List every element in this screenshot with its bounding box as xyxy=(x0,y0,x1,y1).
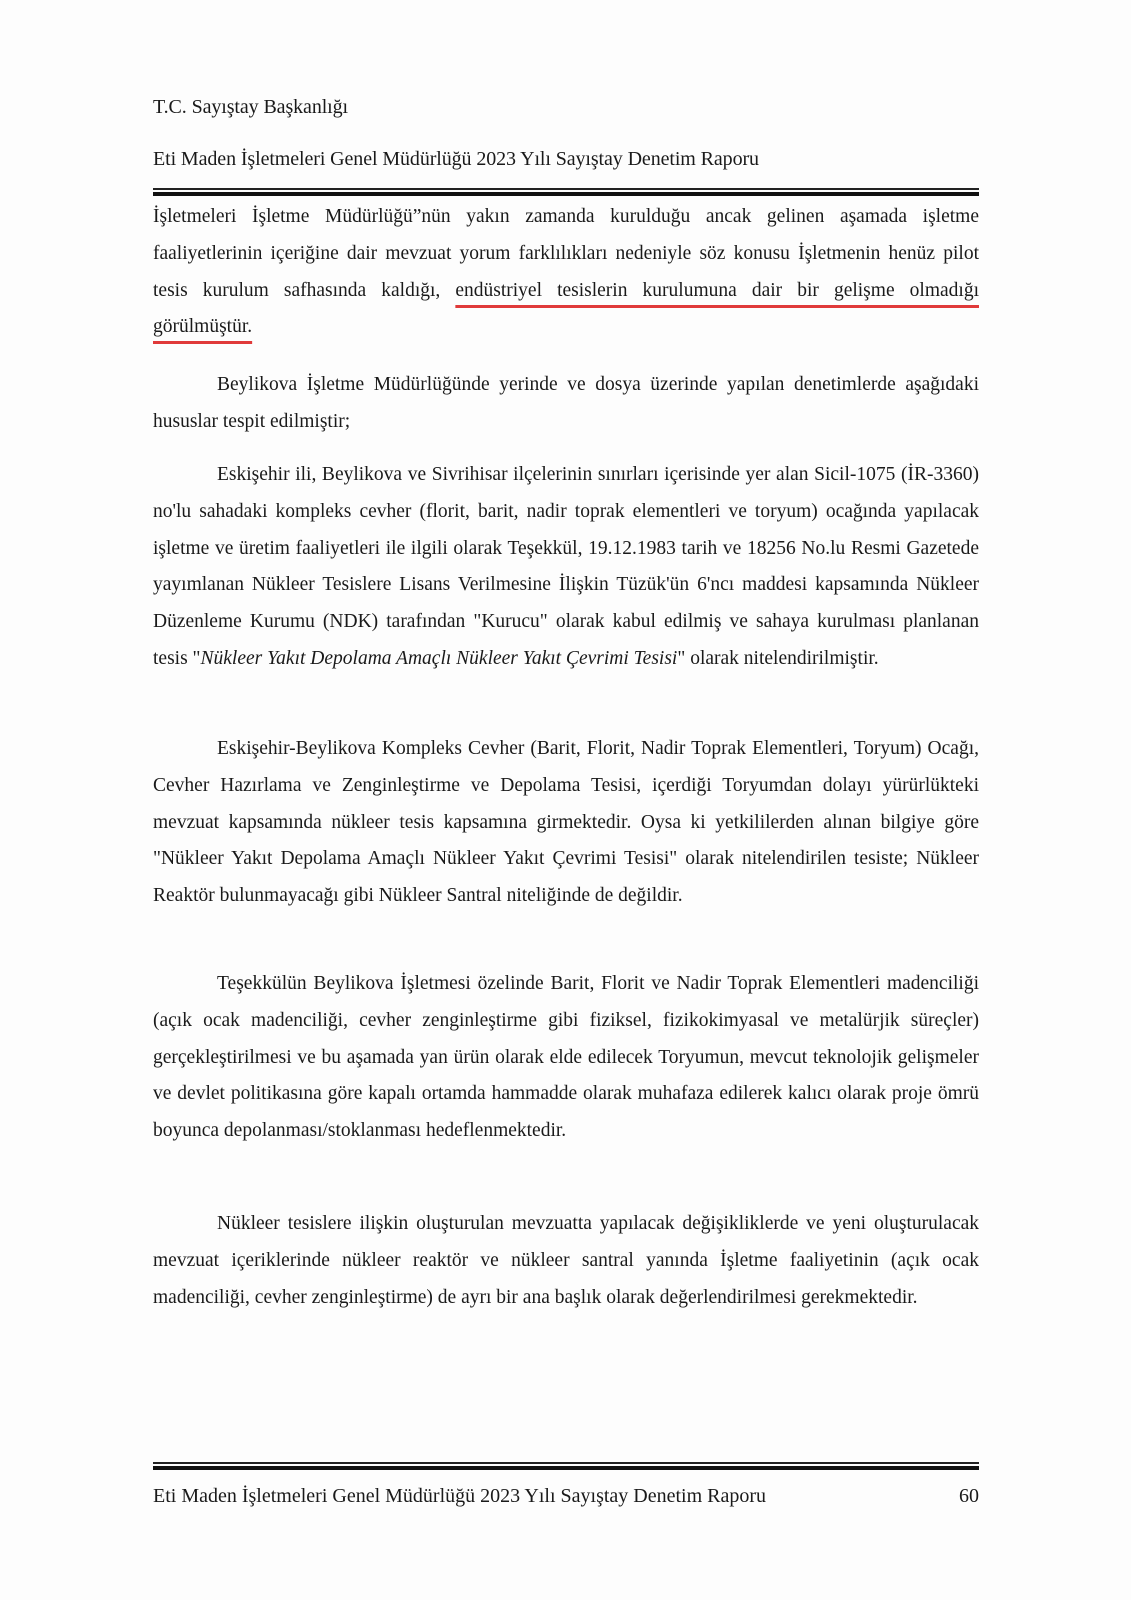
document-page: T.C. Sayıştay Başkanlığı Eti Maden İşlet… xyxy=(0,0,1131,1600)
paragraph-text: Eskişehir-Beylikova Kompleks Cevher (Bar… xyxy=(153,731,979,915)
paragraph-findings-intro: Beylikova İşletme Müdürlüğünde yerinde v… xyxy=(153,367,979,441)
header-report-title: Eti Maden İşletmeleri Genel Müdürlüğü 20… xyxy=(153,148,759,171)
footer-report-title: Eti Maden İşletmeleri Genel Müdürlüğü 20… xyxy=(153,1485,766,1508)
paragraph-site-description: Eskişehir ili, Beylikova ve Sivrihisar i… xyxy=(153,457,979,678)
page-number: 60 xyxy=(949,1485,979,1508)
header-institution: T.C. Sayıştay Başkanlığı xyxy=(153,96,348,119)
paragraph-mining-goals: Teşekkülün Beylikova İşletmesi özelinde … xyxy=(153,966,979,1150)
paragraph-nuclear-scope: Eskişehir-Beylikova Kompleks Cevher (Bar… xyxy=(153,731,979,915)
paragraph-text: Nükleer tesislere ilişkin oluşturulan me… xyxy=(153,1206,979,1316)
paragraph-text: Teşekkülün Beylikova İşletmesi özelinde … xyxy=(153,966,979,1150)
paragraph-recommendation: Nükleer tesislere ilişkin oluşturulan me… xyxy=(153,1206,979,1316)
paragraph-text: Beylikova İşletme Müdürlüğünde yerinde v… xyxy=(153,367,979,441)
paragraph-text-tail: " olarak nitelendirilmiştir. xyxy=(677,648,878,669)
header-divider xyxy=(153,188,979,196)
paragraph-text: Eskişehir ili, Beylikova ve Sivrihisar i… xyxy=(153,464,979,669)
italic-facility-name: Nükleer Yakıt Depolama Amaçlı Nükleer Ya… xyxy=(201,648,678,669)
footer-divider xyxy=(153,1462,979,1470)
paragraph-continuation: İşletmeleri İşletme Müdürlüğü”nün yakın … xyxy=(153,199,979,346)
